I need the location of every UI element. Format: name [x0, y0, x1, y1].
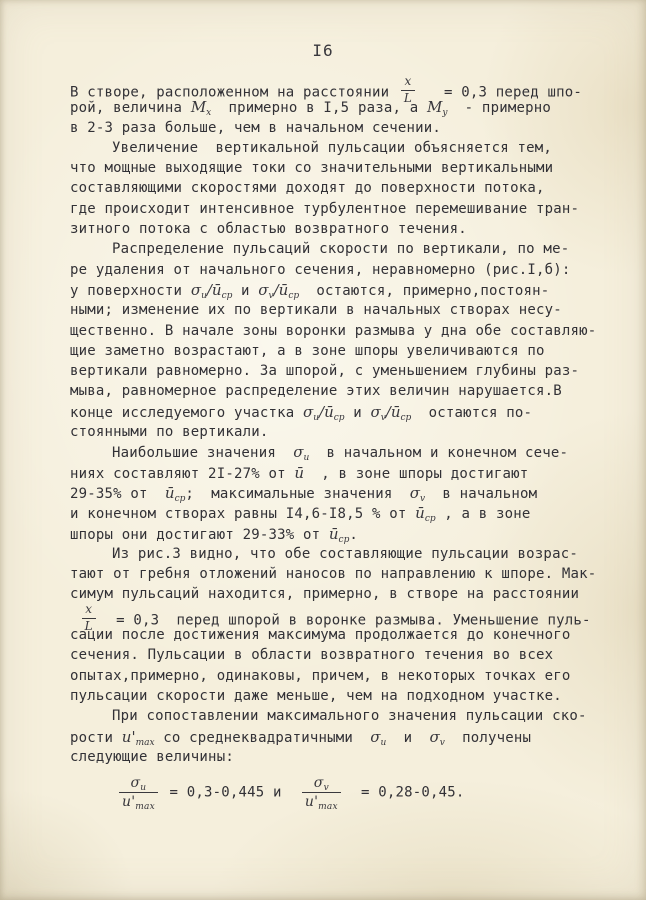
text-run: где происходит интенсивное турбулентное … — [70, 201, 579, 217]
page-number: I6 — [0, 41, 646, 60]
text-run: = 0,28-0,45. — [344, 785, 465, 801]
text-line: следующие величины: — [70, 747, 615, 767]
text-run: со среднеквадратичными — [155, 730, 371, 746]
text-line: составляющими скоростями доходят до пове… — [70, 178, 615, 198]
text-run: - примерно — [447, 100, 551, 116]
text-run: = 0,3-0,445 и — [161, 785, 299, 801]
text-run: Увеличение вертикальной пульсации объясн… — [112, 140, 552, 156]
text-run: ; максимальные значения — [185, 486, 409, 502]
text-line: шпоры они достигают 29-33% от ūср. — [70, 524, 615, 544]
text-run: рости — [70, 730, 122, 746]
text-run: конце исследуемого участка — [70, 405, 303, 421]
fraction: σuu'max — [119, 775, 158, 810]
text-line: мыва, равномерное распределение этих вел… — [70, 381, 615, 401]
text-run: щие заметно возрастают, а в зоне шпоры у… — [70, 343, 545, 359]
math-expression: σv/ūср — [258, 281, 299, 299]
text-run: остаются, примерно,постоян- — [299, 283, 549, 299]
text-run: и — [386, 730, 429, 746]
scanned-document-page: I6 В створе, расположенном на расстоянии… — [0, 0, 646, 900]
text-line: сации после достижения максимума продолж… — [70, 625, 615, 645]
text-line: щие заметно возрастают, а в зоне шпоры у… — [70, 341, 615, 361]
math-expression: Mx — [191, 98, 211, 116]
text-run: сечения. Пульсации в области возвратного… — [70, 647, 553, 663]
document-text: В створе, расположенном на расстоянии xL… — [70, 77, 615, 810]
math-expression: σv — [410, 484, 425, 502]
text-line: симум пульсаций находится, примерно, в с… — [70, 584, 615, 604]
text-line: ными; изменение их по вертикали в началь… — [70, 300, 615, 320]
math-expression: σu — [293, 443, 309, 461]
text-run: вертикали равномерно. За шпорой, с умень… — [70, 363, 579, 379]
text-run: При сопоставлении максимального значения… — [112, 708, 587, 724]
text-run: в начальном — [425, 486, 537, 502]
text-run: в 2-3 раза больше, чем в начальном сечен… — [70, 120, 441, 136]
text-run: 29-35% от — [70, 486, 165, 502]
text-line: 29-35% от ūср; максимальные значения σv … — [70, 483, 615, 503]
fraction: xL — [401, 75, 415, 106]
text-run: в начальном и конечном сече- — [309, 445, 568, 461]
text-line: вертикали равномерно. За шпорой, с умень… — [70, 361, 615, 381]
math-expression: σu — [370, 728, 386, 746]
text-run: ре удаления от начального сечения, нерав… — [70, 262, 570, 278]
text-line: стоянными по вертикали. — [70, 422, 615, 442]
text-run: следующие величины: — [70, 749, 234, 765]
text-line: у поверхности σu/ūср и σv/ūср остаются, … — [70, 280, 615, 300]
text-run: примерно в I,5 раза, а — [211, 100, 427, 116]
fraction: xL — [82, 603, 96, 634]
text-run: и конечном створах равны I4,6-I8,5 % от — [70, 506, 415, 522]
math-expression: ūср — [329, 525, 349, 543]
text-run: . — [349, 527, 358, 543]
text-line: рой, величина Mx примерно в I,5 раза, а … — [70, 97, 615, 117]
text-run: зитного потока с областью возвратного те… — [70, 221, 467, 237]
math-expression: σv — [429, 728, 444, 746]
text-run: симум пульсаций находится, примерно, в с… — [70, 586, 579, 602]
math-expression: My — [427, 98, 447, 116]
text-run: щественно. В начале зоны воронки размыва… — [70, 323, 596, 339]
text-line: ниях составляют 2I-27% от ū , в зоне шпо… — [70, 463, 615, 483]
text-line: и конечном створах равны I4,6-I8,5 % от … — [70, 503, 615, 523]
text-line: В створе, расположенном на расстоянии xL… — [70, 77, 615, 97]
text-run: , а в зоне — [436, 506, 531, 522]
text-run: остаются по- — [411, 405, 532, 421]
text-line: что мощные выходящие токи со значительны… — [70, 158, 615, 178]
text-line: Из рис.3 видно, что обе составляющие пул… — [70, 544, 615, 564]
math-expression: u'max — [122, 728, 155, 746]
text-run: мыва, равномерное распределение этих вел… — [70, 383, 562, 399]
text-run: , в зоне шпоры достигают — [304, 466, 528, 482]
math-expression: ūср — [165, 484, 185, 502]
text-line: зитного потока с областью возвратного те… — [70, 219, 615, 239]
text-line: где происходит интенсивное турбулентное … — [70, 199, 615, 219]
math-expression: ūср — [415, 504, 435, 522]
text-run: тают от гребня отложений наносов по напр… — [70, 566, 596, 582]
text-run: пульсации скорости даже меньше, чем на п… — [70, 688, 562, 704]
text-run: и — [232, 283, 258, 299]
text-line: ре удаления от начального сечения, нерав… — [70, 260, 615, 280]
text-run: стоянными по вертикали. — [70, 424, 268, 440]
fraction: σvu'max — [302, 775, 341, 810]
text-run: опытах,примерно, одинаковы, причем, в не… — [70, 668, 570, 684]
text-line: в 2-3 раза больше, чем в начальном сечен… — [70, 118, 615, 138]
math-expression: σv/ūср — [370, 403, 411, 421]
text-line: рости u'max со среднеквадратичными σu и … — [70, 727, 615, 747]
text-run: рой, величина — [70, 100, 191, 116]
text-run: сации после достижения максимума продолж… — [70, 627, 570, 643]
text-run: Из рис.3 видно, что обе составляющие пул… — [112, 546, 578, 562]
text-line: пульсации скорости даже меньше, чем на п… — [70, 686, 615, 706]
formula-line: σuu'max = 0,3-0,445 и σvu'max = 0,28-0,4… — [70, 775, 615, 810]
text-line: Распределение пульсаций скорости по верт… — [70, 239, 615, 259]
text-line: щественно. В начале зоны воронки размыва… — [70, 321, 615, 341]
text-line: тают от гребня отложений наносов по напр… — [70, 564, 615, 584]
text-line: xL = 0,3 перед шпорой в воронке размыва.… — [70, 605, 615, 625]
math-expression: ū — [294, 464, 304, 482]
text-run: что мощные выходящие токи со значительны… — [70, 160, 553, 176]
text-run: Распределение пульсаций скорости по верт… — [112, 241, 569, 257]
text-line: опытах,примерно, одинаковы, причем, в не… — [70, 666, 615, 686]
text-line: конце исследуемого участка σu/ūср и σv/ū… — [70, 402, 615, 422]
text-run: получены — [445, 730, 531, 746]
text-run: и — [345, 405, 371, 421]
text-run: ниях составляют 2I-27% от — [70, 466, 294, 482]
text-line: сечения. Пульсации в области возвратного… — [70, 645, 615, 665]
text-run: составляющими скоростями доходят до пове… — [70, 180, 545, 196]
text-run: Наибольшие значения — [112, 445, 293, 461]
math-expression: σu/ūср — [191, 281, 233, 299]
math-expression: σu/ūср — [303, 403, 345, 421]
text-line: Наибольшие значения σu в начальном и кон… — [70, 442, 615, 462]
text-run: шпоры они достигают 29-33% от — [70, 527, 329, 543]
text-line: Увеличение вертикальной пульсации объясн… — [70, 138, 615, 158]
text-line: При сопоставлении максимального значения… — [70, 706, 615, 726]
text-run: у поверхности — [70, 283, 191, 299]
text-run: ными; изменение их по вертикали в началь… — [70, 302, 562, 318]
